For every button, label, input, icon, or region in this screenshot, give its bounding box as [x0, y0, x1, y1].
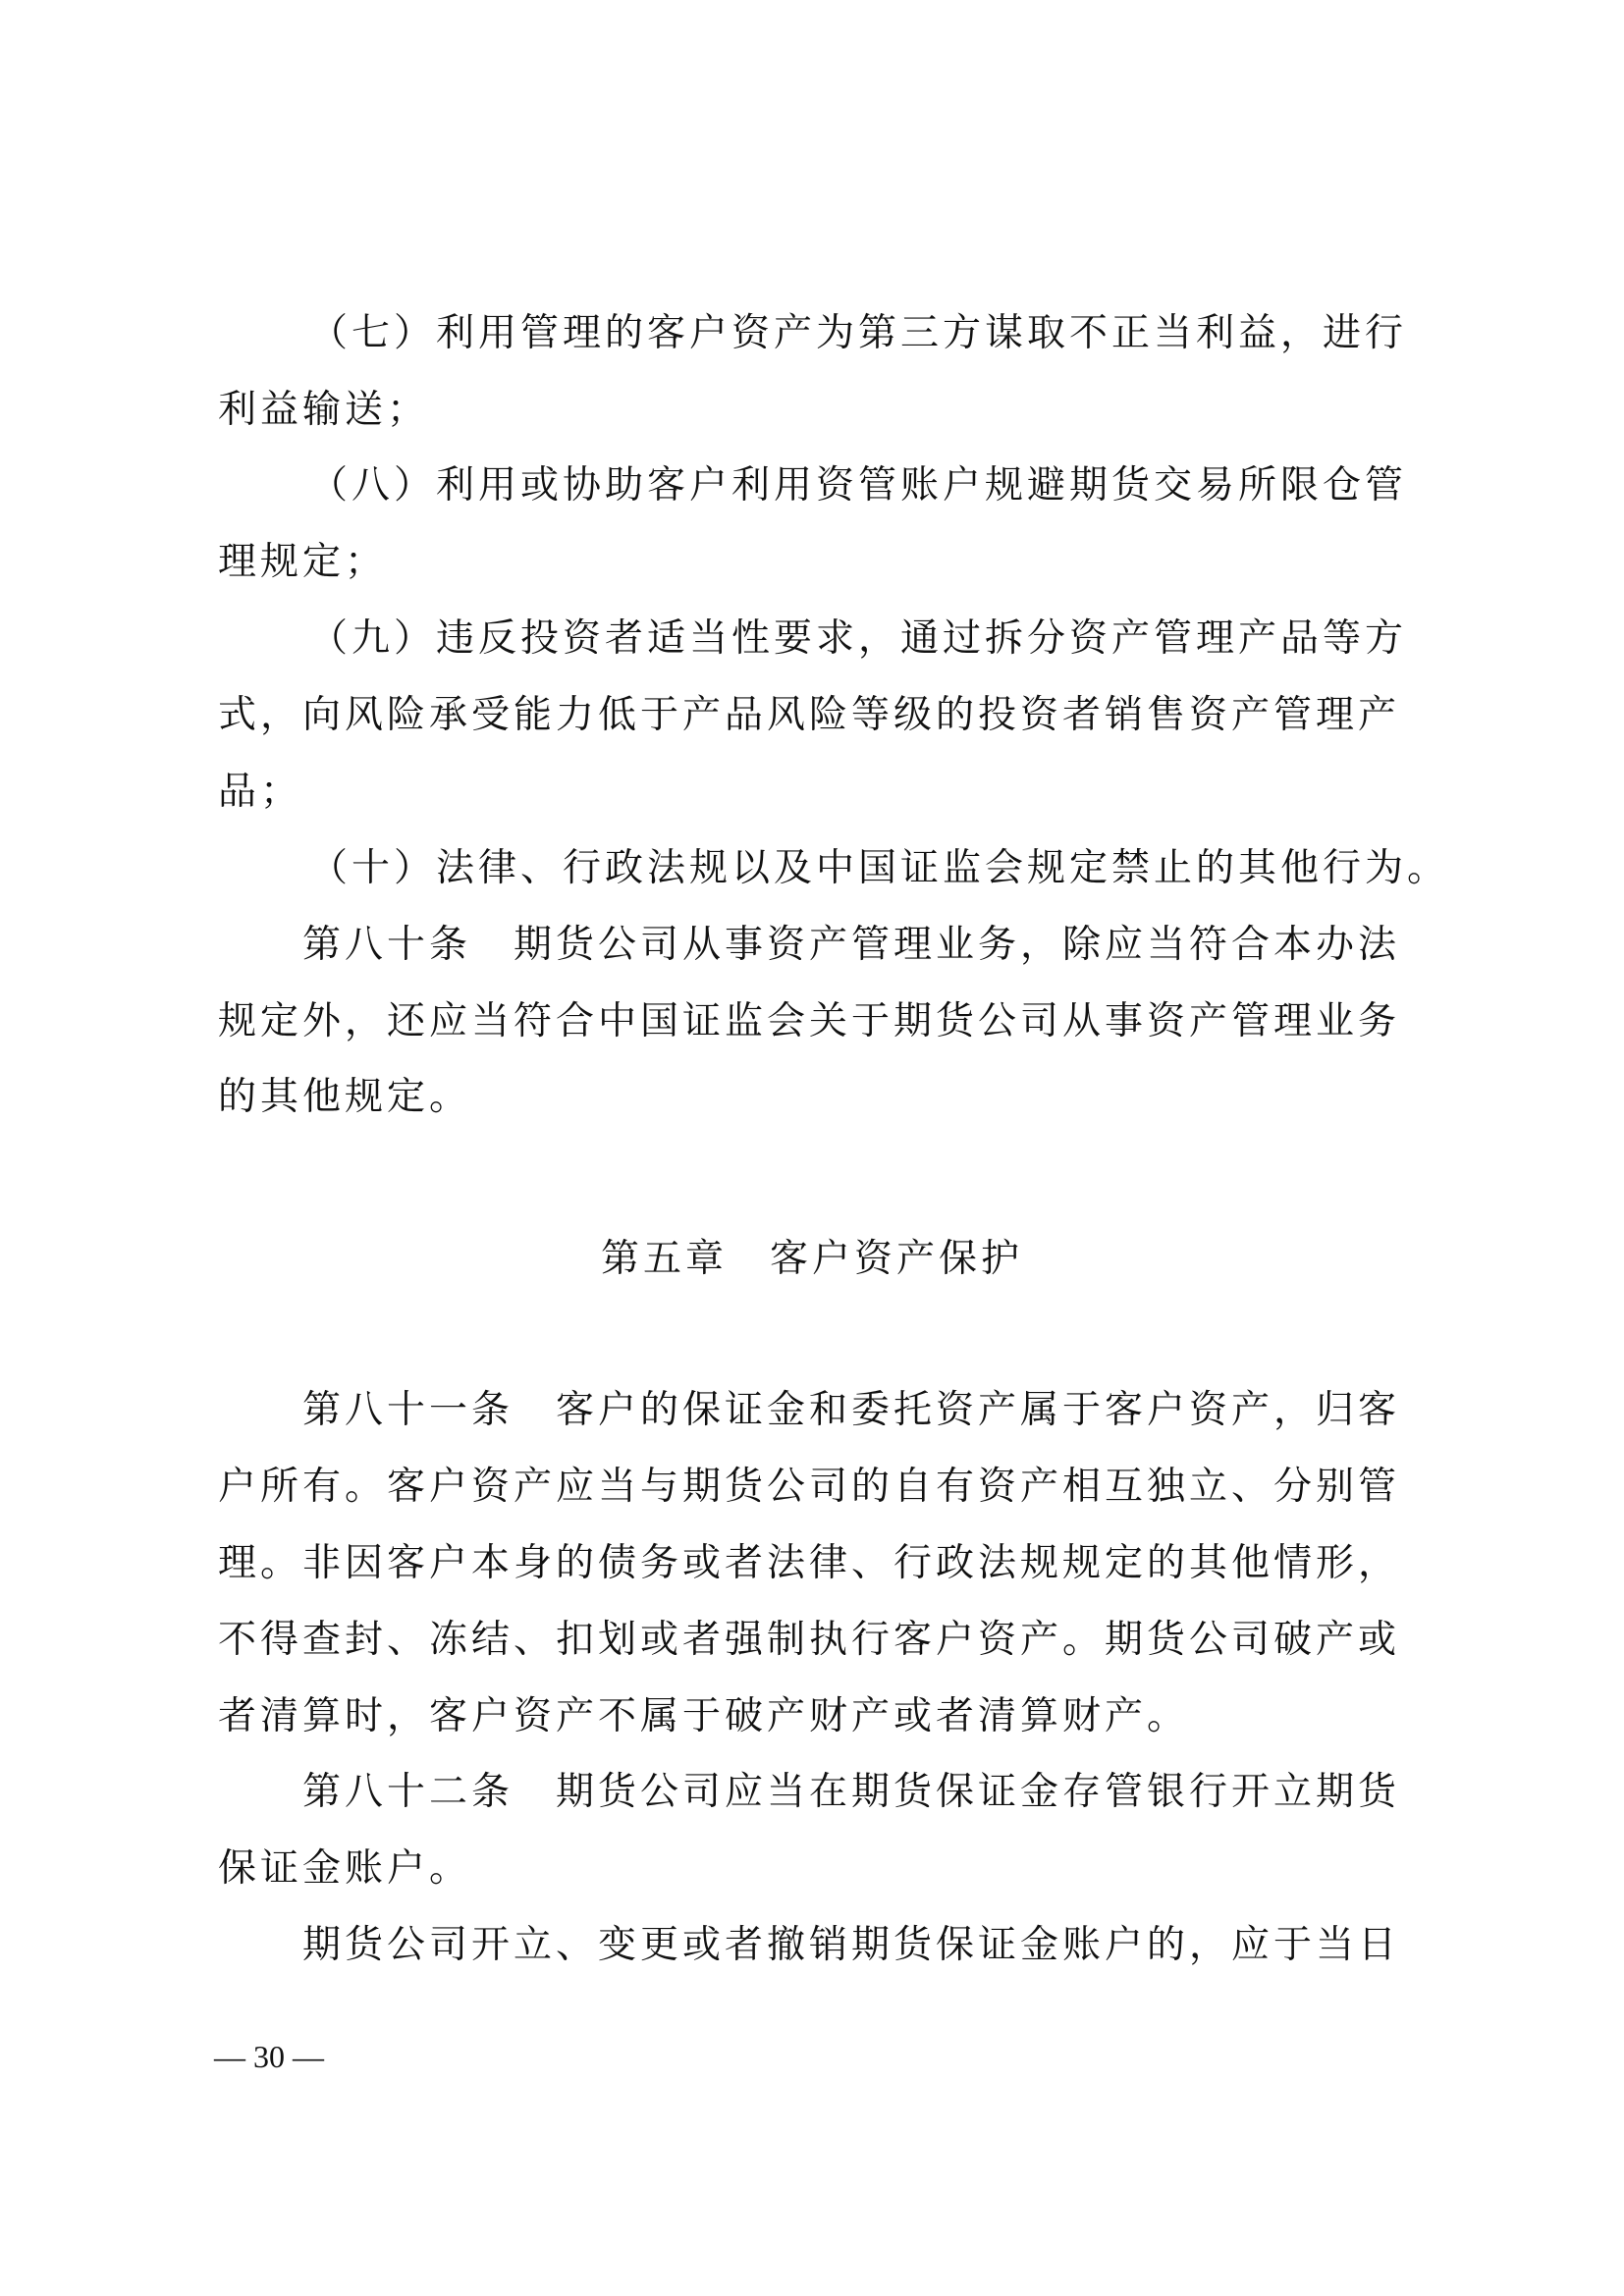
article-80-line-2: 规定外，还应当符合中国证监会关于期货公司从事资产管理业务	[218, 1000, 1408, 1043]
page-number: — 30 —	[214, 2040, 324, 2073]
article-81-line-3: 理。非因客户本身的债务或者法律、行政法规规定的其他情形，	[218, 1542, 1408, 1585]
clause-9-line-2: 式，向风险承受能力低于产品风险等级的投资者销售资产管理产	[218, 694, 1408, 737]
article-82-line-2: 保证金账户。	[218, 1847, 1408, 1891]
clause-8-line-1: （八）利用或协助客户利用资管账户规避期货交易所限仓管	[309, 464, 1408, 507]
article-80-line-3: 的其他规定。	[218, 1076, 1408, 1119]
clause-9-line-1: （九）违反投资者适当性要求，通过拆分资产管理产品等方	[309, 617, 1408, 661]
clause-8-line-2: 理规定；	[218, 541, 1408, 584]
chapter-title: 第五章 客户资产保护	[0, 1238, 1624, 1281]
article-81-line-4: 不得查封、冻结、扣划或者强制执行客户资产。期货公司破产或	[218, 1619, 1408, 1662]
article-81-line-1: 第八十一条 客户的保证金和委托资产属于客户资产，归客	[302, 1389, 1408, 1432]
clause-7-line-2: 利益输送；	[218, 389, 1408, 432]
document-page: （七）利用管理的客户资产为第三方谋取不正当利益，进行 利益输送； （八）利用或协…	[0, 0, 1624, 2296]
article-81-line-2: 户所有。客户资产应当与期货公司的自有资产相互独立、分别管	[218, 1466, 1408, 1509]
article-82-line-1: 第八十二条 期货公司应当在期货保证金存管银行开立期货	[302, 1771, 1408, 1814]
article-81-line-5: 者清算时，客户资产不属于破产财产或者清算财产。	[218, 1695, 1408, 1738]
article-80-line-1: 第八十条 期货公司从事资产管理业务，除应当符合本办法	[302, 924, 1408, 967]
article-82-para-2-line-1: 期货公司开立、变更或者撤销期货保证金账户的，应于当日	[302, 1924, 1408, 1967]
clause-9-line-3: 品；	[218, 771, 1408, 814]
clause-7-line-1: （七）利用管理的客户资产为第三方谋取不正当利益，进行	[309, 312, 1408, 355]
clause-10-line-1: （十）法律、行政法规以及中国证监会规定禁止的其他行为。	[309, 847, 1408, 890]
